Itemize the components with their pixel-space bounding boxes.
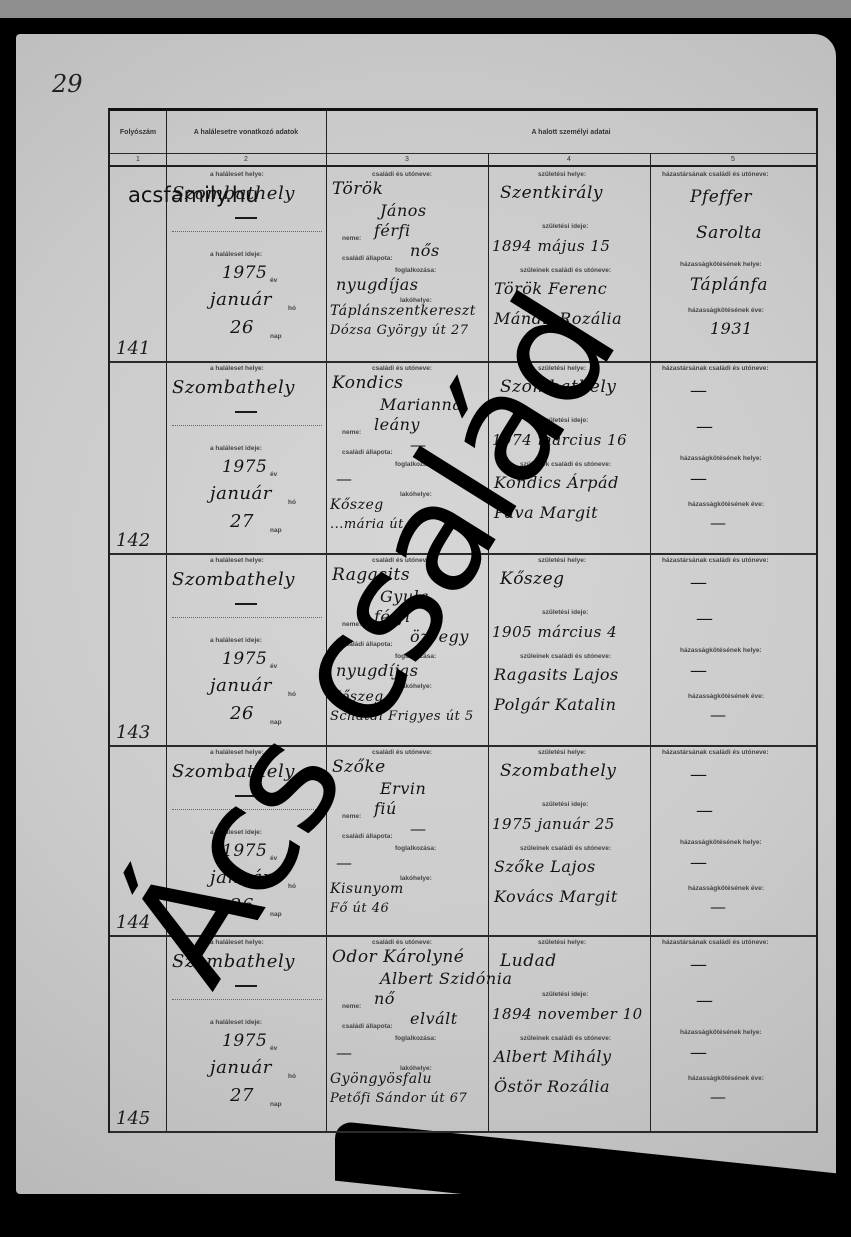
occupation: nyugdíjas (336, 275, 418, 294)
name-label: családi és utóneve: (372, 365, 432, 372)
spouse-label: házastársának családi és utóneve: (662, 365, 769, 372)
birth-date: 1975 január 25 (492, 815, 615, 833)
surname: Kondics (332, 373, 404, 393)
marriage-place-label: házasságkötésének helye: (680, 839, 762, 846)
entry-number: 145 (116, 1108, 150, 1129)
spouse-label: házastársának családi és utóneve: (662, 749, 769, 756)
spouse-label: házastársának családi és utóneve: (662, 557, 769, 564)
father-name: Ragasits Lajos (494, 665, 619, 684)
marital-status: — (410, 819, 427, 838)
mother-name: Polgár Katalin (494, 695, 616, 714)
spouse-surname: Pfeffer (690, 187, 752, 207)
death-year: 1975 (222, 1031, 267, 1051)
given-name: Albert Szidónia (380, 969, 512, 988)
death-date-label: a haláleset ideje: (210, 445, 262, 452)
birth-date-label: születési ideje: (542, 223, 588, 230)
death-place-blank (235, 603, 257, 605)
given-name: János (380, 201, 427, 220)
sex: nő (374, 989, 395, 1008)
marriage-place: Táplánfa (690, 275, 768, 295)
death-year: 1975 (222, 263, 267, 283)
col-num-5: 5 (650, 153, 816, 165)
death-place-blank (235, 411, 257, 413)
marriage-place-label: házasságkötésének helye: (680, 455, 762, 462)
spouse-label: házastársának családi és utóneve: (662, 939, 769, 946)
spouse-given: — (696, 801, 714, 821)
marriage-year: — (710, 705, 727, 724)
sex-label: neme: (342, 1003, 361, 1010)
death-place: Szombathely (172, 569, 295, 590)
header-death-data: A halálesetre vonatkozó adatok (166, 111, 326, 153)
death-month: január (210, 483, 272, 504)
birth-date-label: születési ideje: (542, 609, 588, 616)
parents-label: szüleinek családi és utóneve: (520, 845, 611, 852)
birth-date: 1894 november 10 (492, 1005, 643, 1023)
marriage-place: — (690, 469, 708, 489)
sex-label: neme: (342, 429, 361, 436)
day-suffix: nap (270, 333, 282, 340)
parents-label: szüleinek családi és utóneve: (520, 267, 611, 274)
marriage-year: — (710, 513, 727, 532)
given-name: Ervin (380, 779, 426, 798)
marriage-place-label: házasságkötésének helye: (680, 261, 762, 268)
entry-number: 143 (116, 722, 150, 743)
birth-place: Ludad (500, 951, 557, 971)
father-name: Szőke Lajos (494, 857, 596, 876)
occupation-label: foglalkozása: (395, 1035, 436, 1042)
surname: Török (332, 179, 383, 199)
marital-label: családi állapota: (342, 1023, 393, 1030)
parents-label: szüleinek családi és utóneve: (520, 1035, 611, 1042)
birth-place-label: születési helye: (538, 749, 586, 756)
dotted-line (172, 231, 322, 232)
birth-place: Szentkirály (500, 183, 603, 203)
day-suffix: nap (270, 1101, 282, 1108)
dotted-line (172, 425, 322, 426)
birth-place-label: születési helye: (538, 557, 586, 564)
death-date-label: a haláleset ideje: (210, 637, 262, 644)
death-place: Szombathely (172, 377, 295, 398)
spouse-surname: — (690, 573, 708, 593)
entry-number: 141 (116, 338, 150, 359)
birth-place-label: születési helye: (538, 939, 586, 946)
death-year: 1975 (222, 457, 267, 477)
month-suffix: hó (288, 305, 296, 312)
parents-label: szüleinek családi és utóneve: (520, 653, 611, 660)
day-suffix: nap (270, 527, 282, 534)
marriage-place-label: házasságkötésének helye: (680, 647, 762, 654)
occupation: — (336, 469, 353, 488)
header-personal-data: A halott személyi adatai (326, 111, 816, 153)
mother-name: Östör Rozália (494, 1077, 610, 1096)
marriage-place-label: házasságkötésének helye: (680, 1029, 762, 1036)
spouse-given: — (696, 417, 714, 437)
birth-place-label: születési helye: (538, 171, 586, 178)
entry-number: 142 (116, 530, 150, 551)
year-suffix: év (270, 471, 277, 478)
death-day: 27 (230, 511, 254, 532)
sex: férfi (374, 221, 411, 240)
marriage-place: — (690, 1043, 708, 1063)
birth-date: 1894 május 15 (492, 237, 610, 255)
marriage-year: 1931 (710, 319, 753, 338)
death-date-label: a haláleset ideje: (210, 251, 262, 258)
marriage-year-label: házasságkötésének éve: (688, 885, 764, 892)
death-month: január (210, 1057, 272, 1078)
col-num-3: 3 (326, 153, 488, 165)
death-month: január (210, 289, 272, 310)
spouse-surname: — (690, 955, 708, 975)
month-suffix: hó (288, 1073, 296, 1080)
name-label: családi és utóneve: (372, 939, 432, 946)
death-place-blank (235, 217, 257, 219)
marriage-place: — (690, 661, 708, 681)
col-num-1: 1 (110, 153, 166, 165)
spouse-given: — (696, 991, 714, 1011)
spouse-given: — (696, 609, 714, 629)
sex-label: neme: (342, 235, 361, 242)
page-number: 29 (52, 70, 83, 98)
marriage-year-label: házasságkötésének éve: (688, 501, 764, 508)
birth-place: Szombathely (500, 761, 616, 781)
birth-date: 1905 március 4 (492, 623, 617, 641)
mother-name: Kovács Margit (494, 887, 618, 906)
residence: Gyöngyösfalu (330, 1071, 432, 1087)
occupation-label: foglalkozása: (395, 267, 436, 274)
spouse-surname: — (690, 381, 708, 401)
year-suffix: év (270, 277, 277, 284)
marital-label: családi állapota: (342, 255, 393, 262)
residence: Kisunyom (330, 881, 404, 897)
death-day: 27 (230, 1085, 254, 1106)
spouse-surname: — (690, 765, 708, 785)
viewer-top-bar (0, 0, 851, 18)
marriage-place: — (690, 853, 708, 873)
residence-label: lakóhelye: (400, 875, 432, 882)
occupation: — (336, 1043, 353, 1062)
birth-date-label: születési ideje: (542, 991, 588, 998)
marriage-year: — (710, 1087, 727, 1106)
death-place-label: a haláleset helye: (210, 557, 264, 564)
name-label: családi és utóneve: (372, 171, 432, 178)
sex: fiú (374, 799, 397, 818)
spouse-label: házastársának családi és utóneve: (662, 171, 769, 178)
death-day: 26 (230, 317, 254, 338)
death-place-label: a haláleset helye: (210, 365, 264, 372)
col-num-2: 2 (166, 153, 326, 165)
marriage-year: — (710, 897, 727, 916)
address: Petőfi Sándor út 67 (330, 1091, 467, 1106)
address: Fő út 46 (330, 901, 389, 916)
father-name: Albert Mihály (494, 1047, 612, 1066)
birth-date-label: születési ideje: (542, 801, 588, 808)
death-place-label: a haláleset helye: (210, 171, 264, 178)
watermark-url: acsfamily.hu (128, 183, 258, 207)
marriage-year-label: házasságkötésének éve: (688, 307, 764, 314)
address: Dózsa György út 27 (330, 323, 469, 338)
col-num-4: 4 (488, 153, 650, 165)
occupation-label: foglalkozása: (395, 845, 436, 852)
marital-status: nős (410, 241, 440, 260)
spouse-given: Sarolta (696, 223, 762, 243)
marriage-year-label: házasságkötésének éve: (688, 693, 764, 700)
marital-status: elvált (410, 1009, 458, 1028)
marriage-year-label: házasságkötésének éve: (688, 1075, 764, 1082)
death-date-label: a haláleset ideje: (210, 1019, 262, 1026)
surname: Odor Károlyné (332, 947, 464, 967)
residence: Táplánszentkereszt (330, 303, 476, 319)
year-suffix: év (270, 1045, 277, 1052)
header-serial: Folyószám (110, 111, 166, 153)
month-suffix: hó (288, 499, 296, 506)
